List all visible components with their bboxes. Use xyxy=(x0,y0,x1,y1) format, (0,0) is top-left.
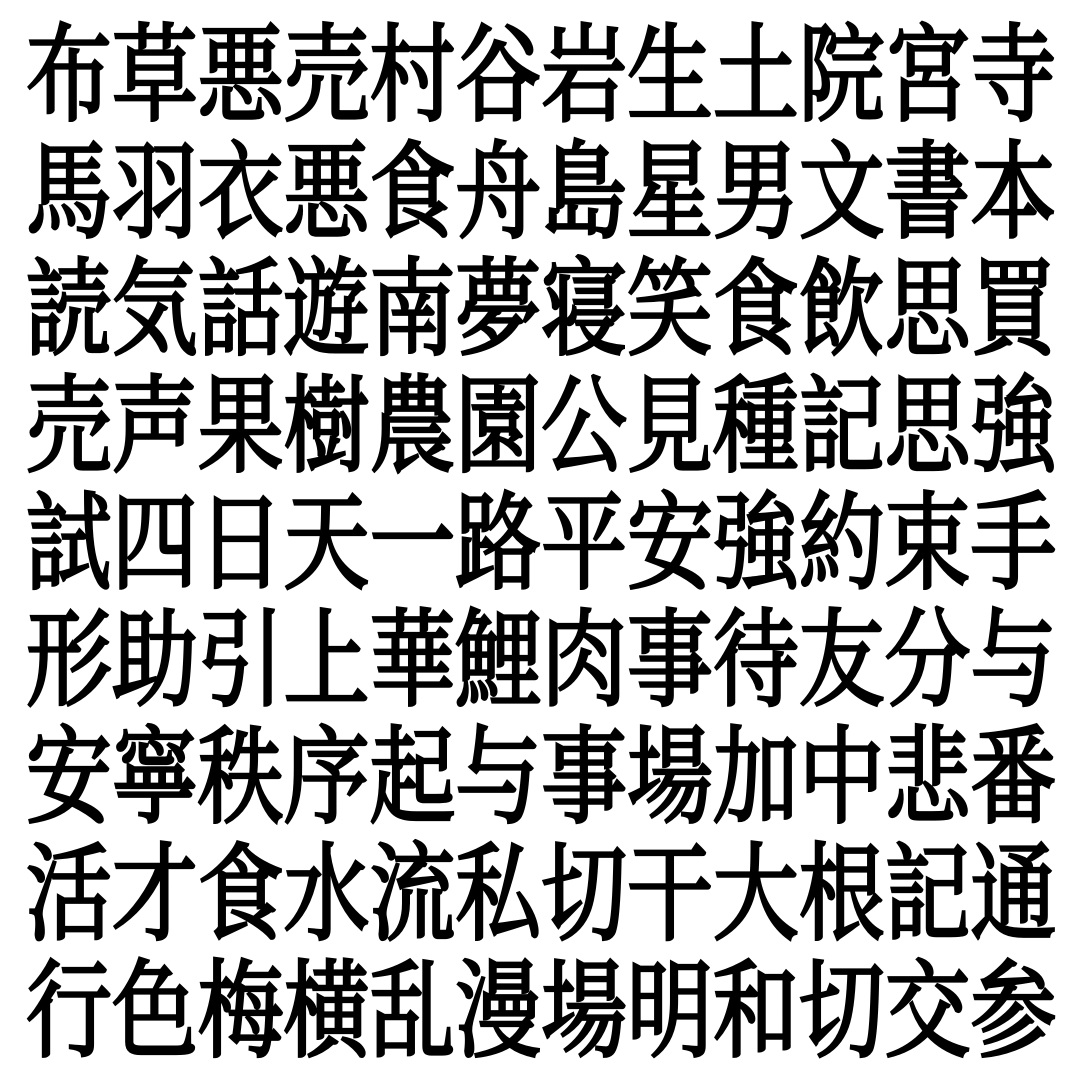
kanji-row-5: 試四日天一路平安強約束手 xyxy=(26,486,880,603)
kanji-row-6: 形助引上華鯉肉事待友分与 xyxy=(26,603,880,720)
kanji-row-2: 馬羽衣悪食舟島星男文書本 xyxy=(26,135,880,252)
kanji-row-1: 布草悪売村谷岩生土院宮寺 xyxy=(26,18,880,135)
kanji-grid: 布草悪売村谷岩生土院宮寺 馬羽衣悪食舟島星男文書本 読気話遊南夢寝笑食飲思買 売… xyxy=(0,0,1080,1080)
kanji-row-9: 行色梅横乱漫場明和切交参 xyxy=(26,954,880,1071)
kanji-row-4: 売声果樹農園公見種記思強 xyxy=(26,369,880,486)
kanji-row-8: 活才食水流私切干大根記通 xyxy=(26,837,880,954)
kanji-row-3: 読気話遊南夢寝笑食飲思買 xyxy=(26,252,880,369)
kanji-row-7: 安寧秩序起与事場加中悲番 xyxy=(26,720,880,837)
